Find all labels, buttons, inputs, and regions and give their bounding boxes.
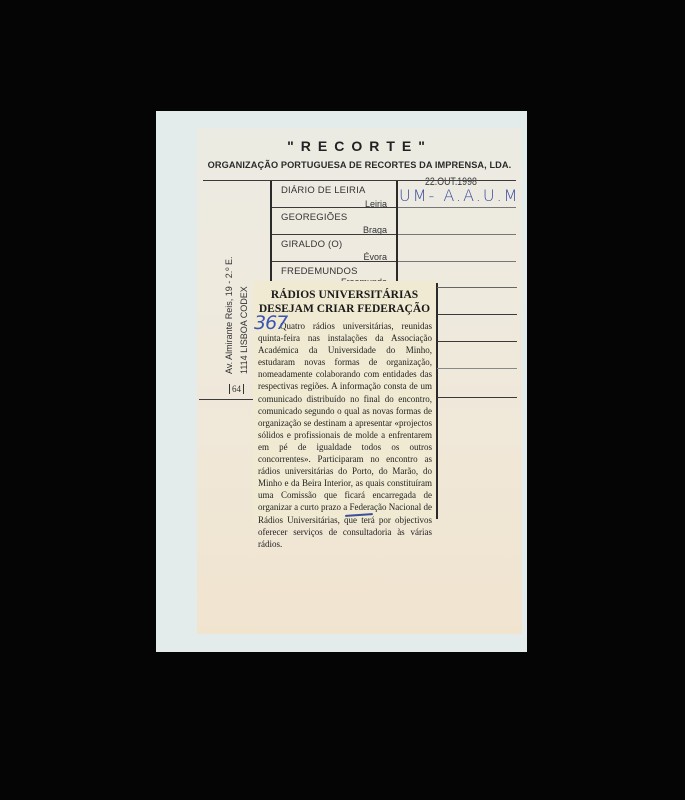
stamp-column-divider <box>436 283 438 519</box>
address-line-1: Av. Almirante Reis, 19 - 2.º E. <box>222 256 237 374</box>
stamp-rule <box>398 234 516 235</box>
row-rule <box>272 207 396 208</box>
box-number: 64 <box>229 384 244 394</box>
stamp-rule <box>398 261 516 262</box>
stamp-rule <box>437 341 517 342</box>
company-address: Av. Almirante Reis, 19 - 2.º E. 1114 LIS… <box>222 256 252 374</box>
row-rule <box>272 234 396 235</box>
row-rule <box>272 261 396 262</box>
address-line-2: 1114 LISBOA CODEX <box>237 256 252 374</box>
clipping-number: 367 <box>254 312 287 334</box>
newspaper-name: DIÁRIO DE LEIRIA <box>281 185 366 196</box>
stamp-rule <box>437 287 517 288</box>
newspaper-name: FREDEMUNDOS <box>281 266 358 277</box>
stamp-rule <box>437 314 517 315</box>
newspaper-name: GIRALDO (O) <box>281 239 342 250</box>
stamp-rule <box>398 207 516 208</box>
stamp-rule <box>437 368 517 369</box>
newspaper-name: GEOREGIÕES <box>281 212 347 223</box>
handwritten-note: UM- A.A.U.M <box>399 186 519 205</box>
left-column-divider <box>270 181 272 281</box>
stamp-rule <box>437 397 517 398</box>
organization-name: ORGANIZAÇÃO PORTUGUESA DE RECORTES DA IM… <box>197 160 522 170</box>
brand-title: "RECORTE" <box>197 138 522 154</box>
headline-line-1: RÁDIOS UNIVERSITÁRIAS <box>253 288 436 302</box>
right-column-divider <box>396 181 398 281</box>
box-rule <box>199 399 255 400</box>
